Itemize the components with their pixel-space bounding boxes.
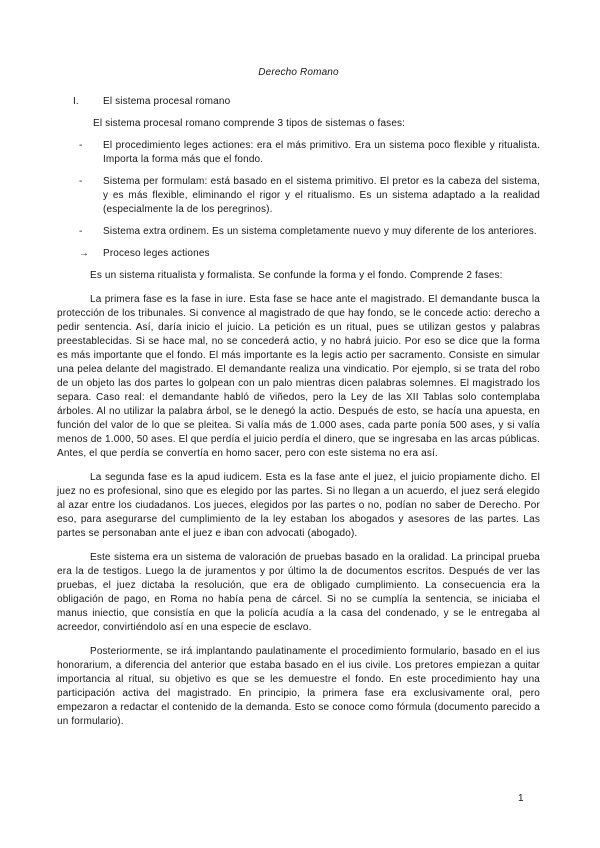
- document-page: Derecho Romano I. El sistema procesal ro…: [0, 0, 600, 848]
- body-paragraph: La segunda fase es la apud iudicem. Esta…: [57, 471, 540, 541]
- bullet-list-item: - Sistema per formulam: está basado en e…: [79, 175, 540, 217]
- hyphen-marker: -: [79, 225, 103, 239]
- body-paragraph: Posteriormente, se irá implantando paula…: [57, 645, 540, 729]
- body-paragraph: Es un sistema ritualista y formalista. S…: [57, 269, 540, 283]
- section-heading-text: El sistema procesal romano: [103, 95, 230, 109]
- bullet-list-item: - El procedimiento leges actiones: era e…: [79, 139, 540, 167]
- page-number: 1: [518, 792, 524, 806]
- arrow-list-item: → Proceso leges actiones: [79, 247, 540, 261]
- right-arrow-icon: →: [79, 247, 103, 261]
- intro-paragraph: El sistema procesal romano comprende 3 t…: [93, 117, 540, 131]
- body-paragraph: Este sistema era un sistema de valoració…: [57, 551, 540, 635]
- section-heading: I. El sistema procesal romano: [73, 95, 540, 109]
- bullet-item-text: Sistema extra ordinem. Es un sistema com…: [103, 225, 540, 239]
- section-numeral: I.: [73, 95, 103, 109]
- hyphen-marker: -: [79, 139, 103, 167]
- body-paragraph: La primera fase es la fase in iure. Esta…: [57, 293, 540, 461]
- arrow-item-text: Proceso leges actiones: [103, 247, 540, 261]
- bullet-item-text: Sistema per formulam: está basado en el …: [103, 175, 540, 217]
- document-title: Derecho Romano: [57, 66, 540, 80]
- bullet-item-text: El procedimiento leges actiones: era el …: [103, 139, 540, 167]
- bullet-list-item: - Sistema extra ordinem. Es un sistema c…: [79, 225, 540, 239]
- hyphen-marker: -: [79, 175, 103, 217]
